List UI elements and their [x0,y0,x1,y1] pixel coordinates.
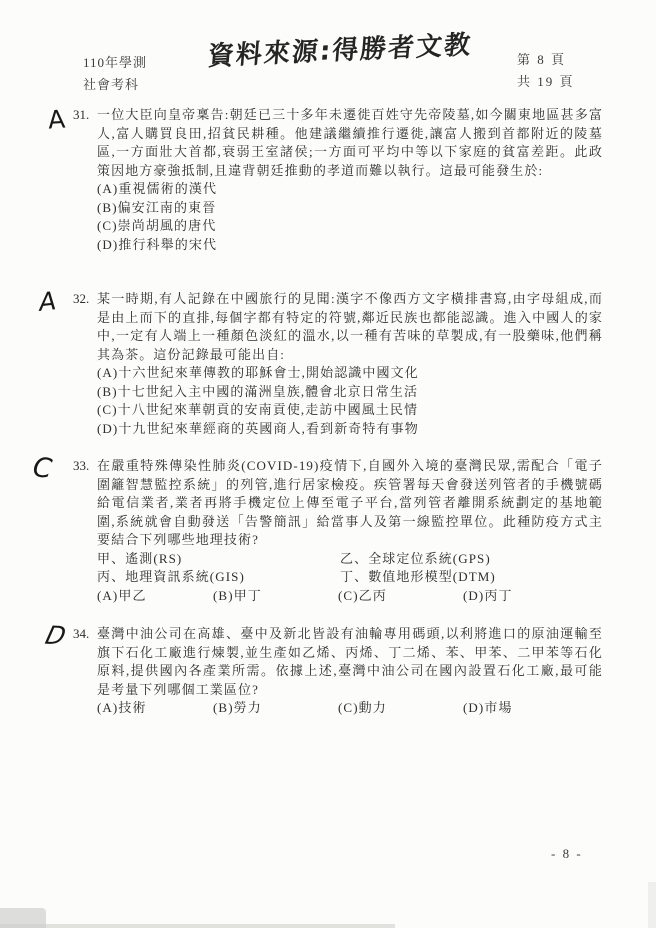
options-list: (A)甲乙 (B)甲丁 (C)乙丙 (D)丙丁 [97,587,603,606]
option-d: (D)十九世紀來華經商的英國商人,看到新奇特有事物 [97,420,603,439]
option-d: (D)推行科舉的宋代 [97,236,603,255]
option-c: (C)崇尚胡風的唐代 [97,217,603,236]
question-32: A 32. 某一時期,有人記錄在中國旅行的見聞:漢字不像西方文字橫排書寫,由字母… [0,290,656,438]
sub-item-ding: 丁、數值地形模型(DTM) [340,568,603,587]
sub-item-jia: 甲、遙測(RS) [97,550,340,569]
exam-subject: 社會考科 [83,74,147,96]
exam-year: 110年學測 [83,52,147,74]
option-b: (B)偏安江南的東晉 [97,199,603,218]
scan-artifact-bottom-edge [0,924,395,928]
option-d: (D)丙丁 [463,587,603,606]
exam-page: 110年學測 社會考科 資料來源:得勝者文教 第 8 頁 共 19 頁 A 31… [0,0,656,928]
option-a: (A)技術 [97,699,213,718]
scan-artifact-right-edge [648,882,656,928]
footer-page-number: - 8 - [551,846,583,862]
handwritten-source-note: 資料來源:得勝者文教 [207,24,474,73]
option-c: (C)十八世紀來華朝貢的安南貢使,走訪中國風土民情 [97,401,603,420]
options-list: (A)技術 (B)勞力 (C)動力 (D)市場 [97,699,603,718]
option-c: (C)乙丙 [338,587,463,606]
page-number-info: 第 8 頁 共 19 頁 [517,49,575,93]
sub-items-list: 甲、遙測(RS) 乙、全球定位系統(GPS) 丙、地理資訊系統(GIS) 丁、數… [97,550,603,587]
question-text: 在嚴重特殊傳染性肺炎(COVID-19)疫情下,自國外入境的臺灣民眾,需配合「電… [97,457,603,550]
question-33: C 33. 在嚴重特殊傳染性肺炎(COVID-19)疫情下,自國外入境的臺灣民眾… [0,457,656,605]
handwritten-answer-mark: A [38,288,58,315]
option-b: (B)甲丁 [213,587,338,606]
question-text: 一位大臣向皇帝稟告:朝廷已三十多年未遷徙百姓守先帝陵墓,如今關東地區甚多富人,富… [97,106,603,180]
question-number: 34. [73,625,97,644]
option-d: (D)市場 [463,699,603,718]
handwritten-answer-mark: A [47,106,66,132]
question-34: D 34. 臺灣中油公司在高雄、臺中及新北皆設有油輪專用碼頭,以利將進口的原油運… [0,625,656,718]
sub-item-yi: 乙、全球定位系統(GPS) [340,550,603,569]
question-31: A 31. 一位大臣向皇帝稟告:朝廷已三十多年未遷徙百姓守先帝陵墓,如今關東地區… [0,106,656,254]
option-a: (A)十六世紀來華傳教的耶穌會士,開始認識中國文化 [97,364,603,383]
option-a: (A)甲乙 [97,587,213,606]
question-number: 32. [73,290,97,309]
sub-item-bing: 丙、地理資訊系統(GIS) [97,568,340,587]
option-b: (B)勞力 [213,699,338,718]
handwritten-answer-mark: C [31,454,53,483]
question-text: 臺灣中油公司在高雄、臺中及新北皆設有油輪專用碼頭,以利將進口的原油運輸至旗下石化… [97,625,603,699]
option-c: (C)動力 [338,699,463,718]
page-number-label: 第 8 頁 [517,49,575,71]
option-b: (B)十七世紀入主中國的滿洲皇族,體會北京日常生活 [97,383,603,402]
exam-info: 110年學測 社會考科 [83,52,147,96]
question-number: 33. [73,457,97,476]
question-number: 31. [73,106,97,125]
question-text: 某一時期,有人記錄在中國旅行的見聞:漢字不像西方文字橫排書寫,由字母組成,而是由… [97,290,603,364]
total-pages-label: 共 19 頁 [517,71,575,93]
options-list: (A)重視儒術的漢代 (B)偏安江南的東晉 (C)崇尚胡風的唐代 (D)推行科舉… [97,180,603,254]
options-list: (A)十六世紀來華傳教的耶穌會士,開始認識中國文化 (B)十七世紀入主中國的滿洲… [97,364,603,438]
option-a: (A)重視儒術的漢代 [97,180,603,199]
